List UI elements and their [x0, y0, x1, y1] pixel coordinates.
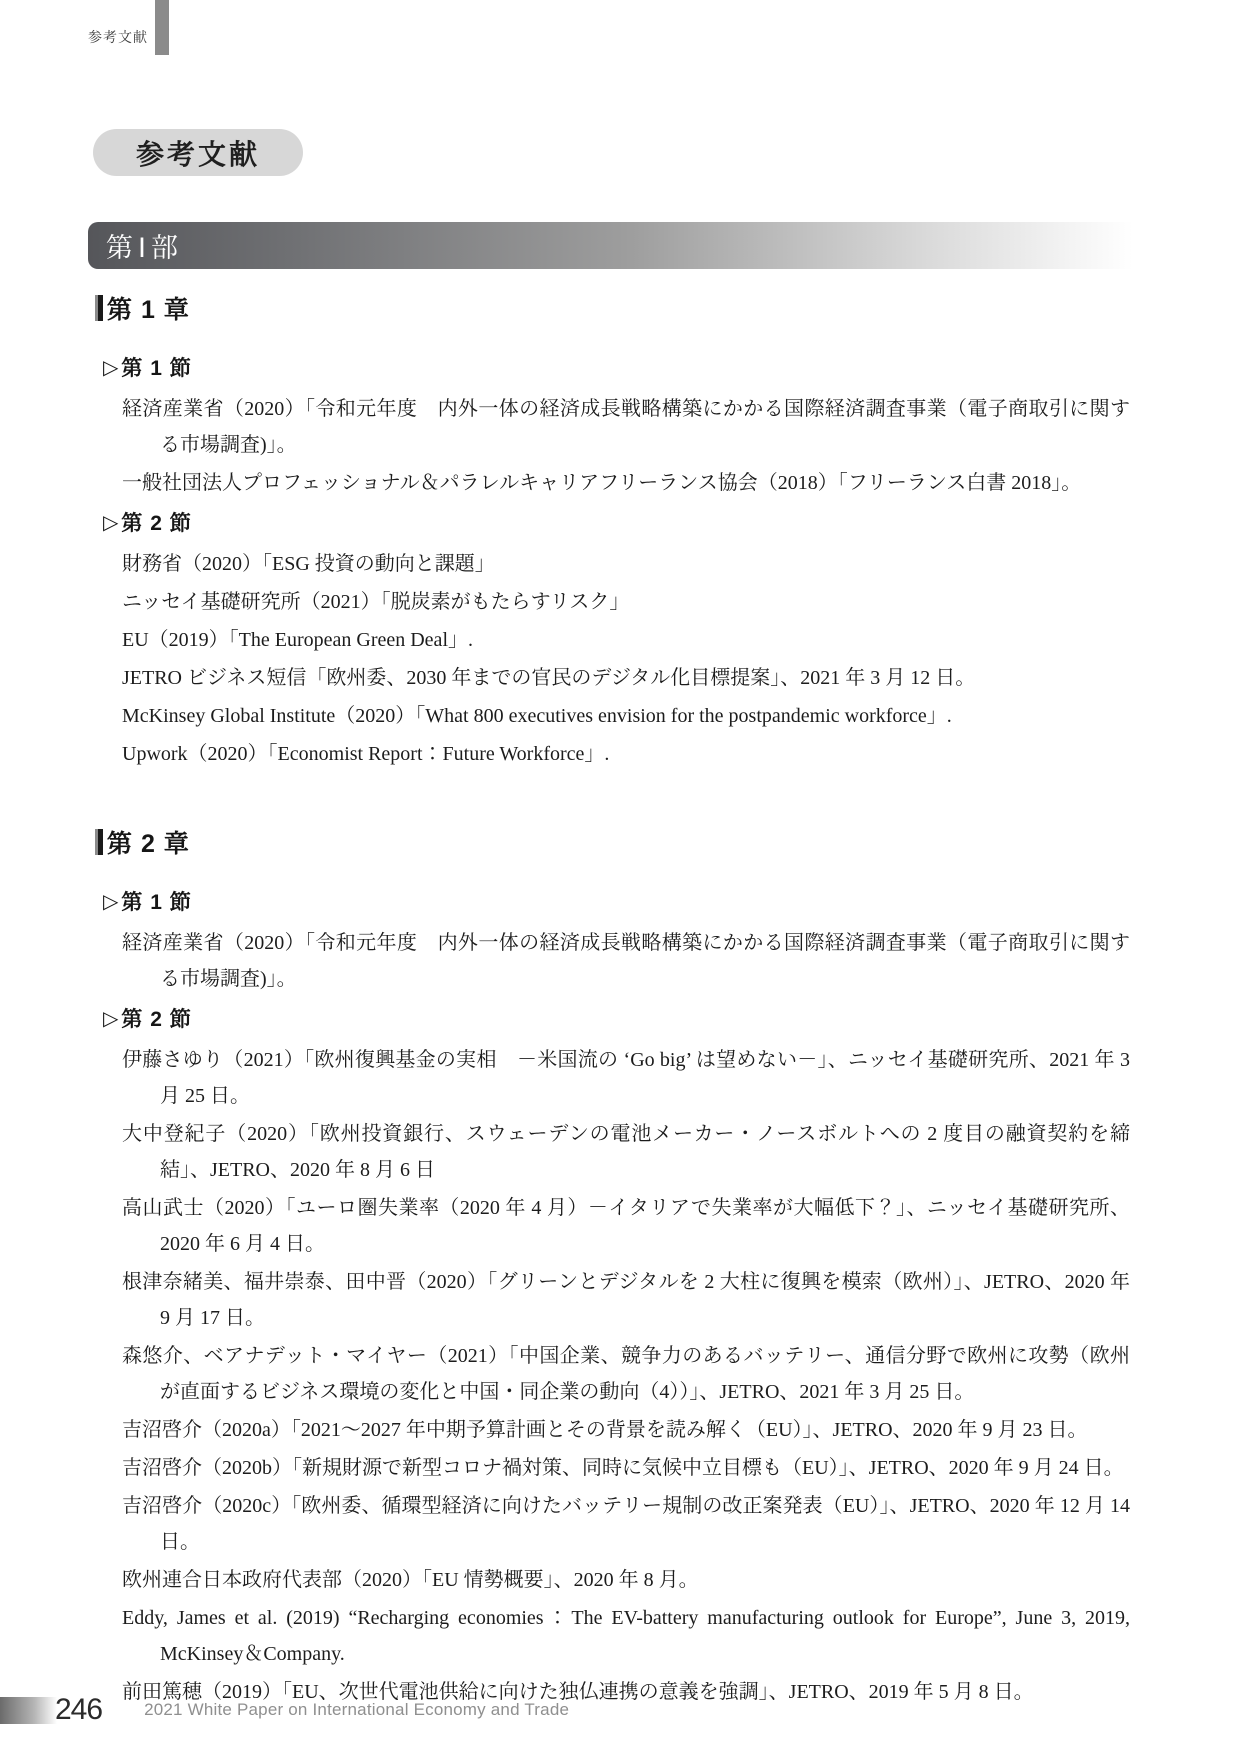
- chapter-1-section-2-entries: 財務省（2020）「ESG 投資の動向と課題」 ニッセイ基礎研究所（2021）「…: [88, 546, 1130, 772]
- reference-entry: 大中登紀子（2020）「欧州投資銀行、スウェーデンの電池メーカー・ノースボルトへ…: [122, 1116, 1130, 1188]
- reference-entry: McKinsey Global Institute（2020）「What 800…: [122, 698, 1130, 734]
- book-title: 2021 White Paper on International Econom…: [144, 1700, 569, 1720]
- part-heading: 第Ⅰ部: [106, 226, 183, 265]
- page-footer: 246 2021 White Paper on International Ec…: [0, 1693, 569, 1727]
- chapter-1-section-2-label: 第 2 節: [121, 507, 191, 537]
- chapter-2-section-1-heading: ▷ 第 1 節: [88, 886, 1130, 916]
- triangle-icon: ▷: [103, 889, 119, 914]
- triangle-icon: ▷: [103, 355, 119, 380]
- chapter-2-heading: 第 2 章: [88, 824, 1130, 860]
- reference-entry: 経済産業省（2020）「令和元年度 内外一体の経済成長戦略構築にかかる国際経済調…: [122, 391, 1130, 463]
- reference-entry: 吉沼啓介（2020b）「新規財源で新型コロナ禍対策、同時に気候中立目標も（EU）…: [122, 1450, 1130, 1486]
- reference-entry: 高山武士（2020）「ユーロ圏失業率（2020 年 4 月）－イタリアで失業率が…: [122, 1190, 1130, 1262]
- page-title-pill: 参考文献: [93, 129, 303, 176]
- reference-entry: 根津奈緒美、福井崇泰、田中晋（2020）「グリーンとデジタルを 2 大柱に復興を…: [122, 1264, 1130, 1336]
- part-heading-banner: 第Ⅰ部: [88, 222, 1133, 269]
- running-header-label: 参考文献: [0, 27, 148, 47]
- reference-entry: JETRO ビジネス短信「欧州委、2030 年までの官民のデジタル化目標提案」、…: [122, 660, 1130, 696]
- triangle-icon: ▷: [103, 510, 119, 535]
- reference-entry: 森悠介、ベアナデット・マイヤー（2021）「中国企業、競争力のあるバッテリー、通…: [122, 1338, 1130, 1410]
- chapter-2-section-2-entries: 伊藤さゆり（2021）「欧州復興基金の実相 －米国流の ‘Go big’ は望め…: [88, 1042, 1130, 1710]
- chapter-2-section-2-label: 第 2 節: [121, 1003, 191, 1033]
- reference-entry: 伊藤さゆり（2021）「欧州復興基金の実相 －米国流の ‘Go big’ は望め…: [122, 1042, 1130, 1114]
- reference-entry: Eddy, James et al. (2019) “Recharging ec…: [122, 1600, 1130, 1672]
- reference-entry: EU（2019）「The European Green Deal」.: [122, 622, 1130, 658]
- reference-entry: Upwork（2020）「Economist Report：Future Wor…: [122, 736, 1130, 772]
- reference-entry: 吉沼啓介（2020a）「2021～2027 年中期予算計画とその背景を読み解く（…: [122, 1412, 1130, 1448]
- document-page: 参考文献 参考文献 第Ⅰ部 第 1 章 ▷ 第 1 節 経済産業省（2020）「…: [0, 0, 1241, 1754]
- chapter-2-heading-label: 第 2 章: [107, 824, 190, 860]
- reference-entry: 財務省（2020）「ESG 投資の動向と課題」: [122, 546, 1130, 582]
- reference-entry: ニッセイ基礎研究所（2021）「脱炭素がもたらすリスク」: [122, 584, 1130, 620]
- chapter-1-heading-label: 第 1 章: [107, 290, 190, 326]
- page-title: 参考文献: [136, 133, 260, 173]
- chapter-1-section-2-heading: ▷ 第 2 節: [88, 507, 1130, 537]
- chapter-2-section-1-entries: 経済産業省（2020）「令和元年度 内外一体の経済成長戦略構築にかかる国際経済調…: [88, 925, 1130, 997]
- chapter-1-heading: 第 1 章: [88, 290, 1130, 326]
- chapter-2-section-1-label: 第 1 節: [121, 886, 191, 916]
- references-content: 第 1 章 ▷ 第 1 節 経済産業省（2020）「令和元年度 内外一体の経済成…: [88, 280, 1130, 1712]
- running-header-bar: [155, 0, 169, 55]
- chapter-2-section-2-heading: ▷ 第 2 節: [88, 1003, 1130, 1033]
- page-number: 246: [55, 1693, 102, 1727]
- reference-entry: 欧州連合日本政府代表部（2020）「EU 情勢概要」、2020 年 8 月。: [122, 1562, 1130, 1598]
- chapter-bar-icon: [95, 829, 103, 855]
- footer-gradient-bar: [0, 1697, 57, 1724]
- triangle-icon: ▷: [103, 1006, 119, 1031]
- reference-entry: 一般社団法人プロフェッショナル＆パラレルキャリアフリーランス協会（2018）「フ…: [122, 465, 1130, 501]
- reference-entry: 経済産業省（2020）「令和元年度 内外一体の経済成長戦略構築にかかる国際経済調…: [122, 925, 1130, 997]
- chapter-1-section-1-heading: ▷ 第 1 節: [88, 352, 1130, 382]
- reference-entry: 吉沼啓介（2020c）「欧州委、循環型経済に向けたバッテリー規制の改正案発表（E…: [122, 1488, 1130, 1560]
- chapter-1-section-1-entries: 経済産業省（2020）「令和元年度 内外一体の経済成長戦略構築にかかる国際経済調…: [88, 391, 1130, 501]
- chapter-bar-icon: [95, 295, 103, 321]
- chapter-1-section-1-label: 第 1 節: [121, 352, 191, 382]
